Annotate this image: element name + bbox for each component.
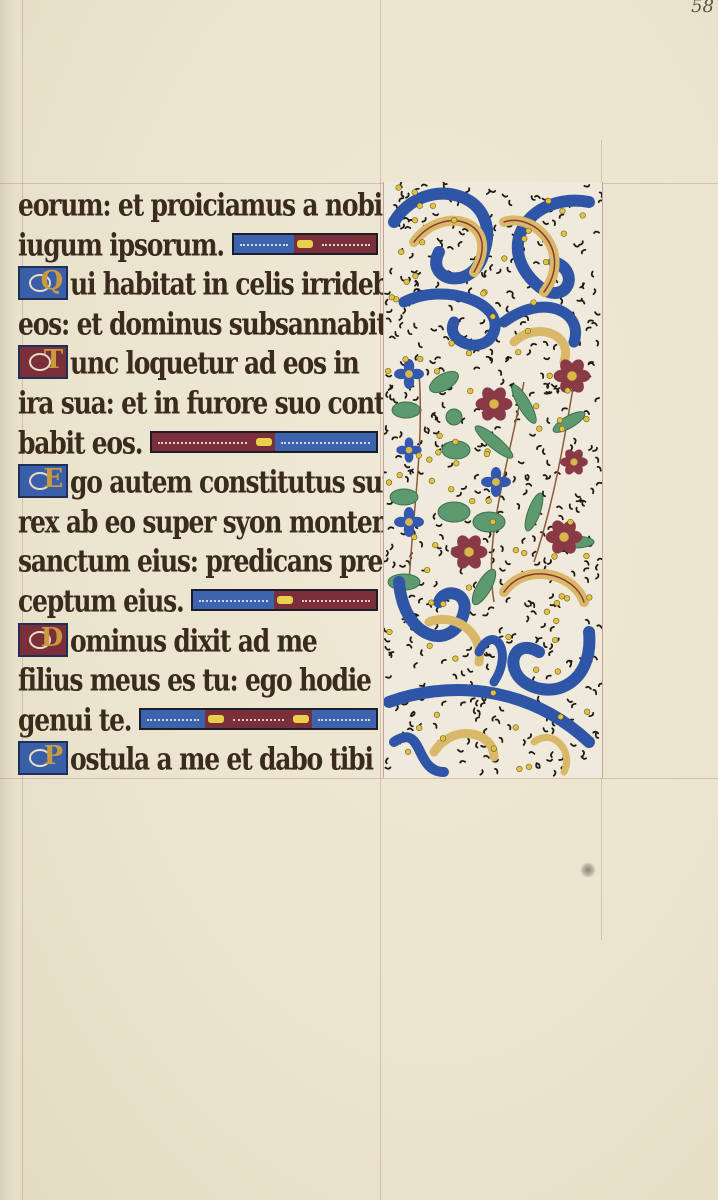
illuminated-border: [383, 182, 603, 778]
filler-segment: [234, 235, 294, 253]
text-line: Postula a me et dabo tibi: [18, 731, 380, 786]
ink-smudge: [580, 862, 596, 878]
line-filler: [150, 431, 378, 453]
filler-segment: [312, 710, 376, 728]
filler-segment: [253, 433, 275, 451]
filler-segment: [152, 433, 253, 451]
initial-letter: D: [41, 623, 62, 653]
filler-segment: [296, 591, 376, 609]
filler-segment: [316, 235, 376, 253]
initial-letter: E: [43, 464, 62, 494]
manuscript-page: 58 eorum: et proiciamus a nobisiugum ips…: [0, 0, 718, 1200]
filler-segment: [274, 591, 296, 609]
filler-segment: [227, 710, 291, 728]
decorated-initial: P: [18, 741, 68, 775]
foliage-decoration-icon: [384, 182, 602, 778]
folio-number: 58: [691, 0, 714, 17]
filler-segment: [294, 235, 316, 253]
line-filler: [232, 233, 378, 255]
filler-segment: [275, 433, 376, 451]
filler-segment: [193, 591, 273, 609]
text-column: eorum: et proiciamus a nobisiugum ipsoru…: [18, 182, 380, 780]
filler-segment: [290, 710, 312, 728]
initial-letter: P: [44, 741, 62, 771]
line-filler: [139, 708, 378, 730]
filler-segment: [141, 710, 205, 728]
initial-letter: Q: [41, 266, 62, 296]
line-text: ostula a me et dabo tibi: [70, 740, 373, 776]
line-filler: [191, 589, 378, 611]
filler-segment: [205, 710, 227, 728]
ruling-line: [380, 0, 381, 1200]
initial-letter: T: [44, 345, 62, 375]
